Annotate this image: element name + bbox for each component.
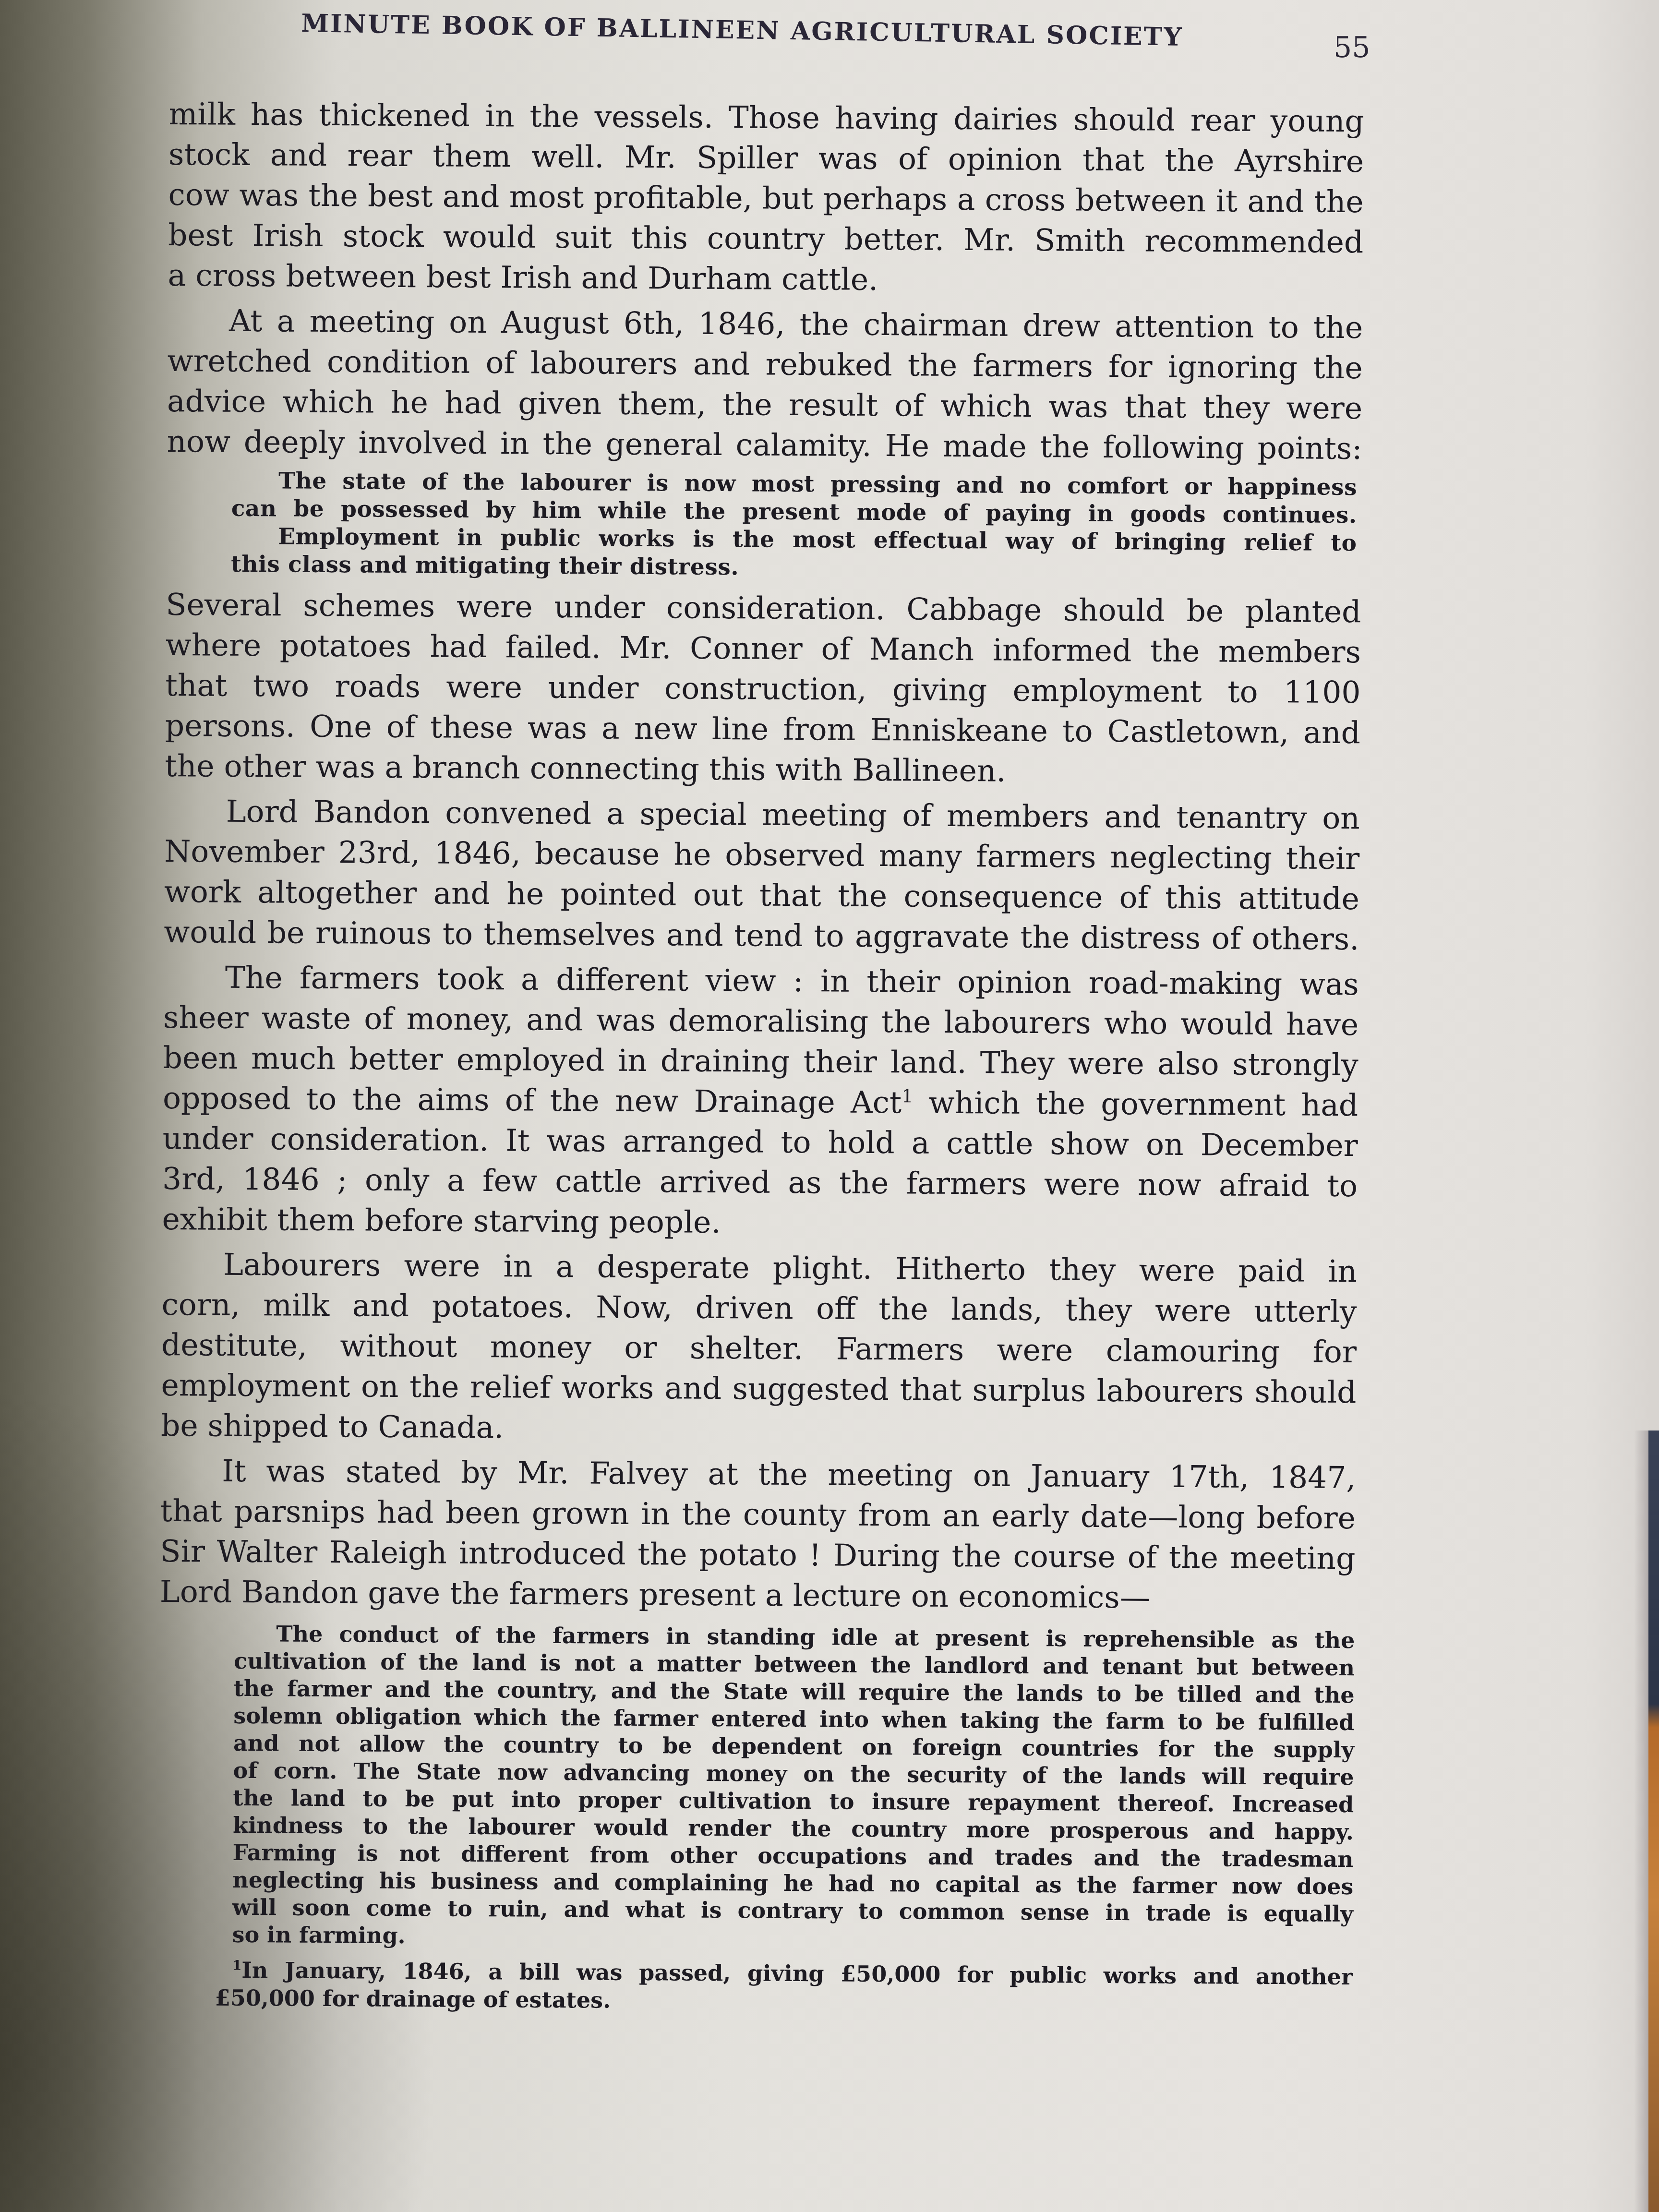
text-line: would be ruinous to themselves and tend … bbox=[164, 912, 1359, 960]
text-line: Sir Walter Raleigh introduced the potato… bbox=[160, 1531, 1355, 1579]
text-line: Lord Bandon convened a special meeting o… bbox=[165, 791, 1360, 839]
paragraph-schemes: Several schemes were under consideration… bbox=[165, 585, 1361, 793]
text-line: It was stated by Mr. Falvey at the meeti… bbox=[160, 1451, 1356, 1498]
text-line: wretched condition of labourers and rebu… bbox=[167, 341, 1362, 388]
footnote-reference[interactable]: 1 bbox=[902, 1085, 913, 1106]
paragraph-farmers-view: The farmers took a different view : in t… bbox=[162, 957, 1359, 1247]
text-line: 3rd, 1846 ; only a few cattle arrived as… bbox=[162, 1159, 1358, 1206]
page-body: milk has thickened in the vessels. Those… bbox=[157, 94, 1364, 2019]
text-line: be shipped to Canada. bbox=[161, 1406, 1356, 1453]
text-line: exhibit them before starving people. bbox=[162, 1199, 1357, 1247]
paragraph-labourers-plight: Labourers were in a desperate plight. Hi… bbox=[161, 1244, 1358, 1453]
text-line: persons. One of these was a new line fro… bbox=[165, 706, 1360, 753]
text-line: a cross between best Irish and Durham ca… bbox=[168, 255, 1363, 303]
running-title: MINUTE BOOK OF BALLINEEN AGRICULTURAL SO… bbox=[301, 9, 1262, 53]
text-line: milk has thickened in the vessels. Those… bbox=[168, 94, 1364, 142]
text-line: that parsnips had been grown in the coun… bbox=[160, 1491, 1356, 1539]
text-line: cow was the best and most profitable, bu… bbox=[168, 175, 1363, 222]
text-line: been much better employed in draining th… bbox=[163, 1038, 1358, 1085]
book-page-photo: MINUTE BOOK OF BALLINEEN AGRICULTURAL SO… bbox=[0, 0, 1659, 2212]
paragraph-august-meeting: At a meeting on August 6th, 1846, the ch… bbox=[167, 301, 1363, 469]
text-fragment: opposed to the aims of the new Drainage … bbox=[163, 1081, 902, 1120]
text-line: work altogether and he pointed out that … bbox=[164, 872, 1359, 919]
footnote: 1In January, 1846, a bill was passed, gi… bbox=[215, 1956, 1353, 2019]
paragraph-dairy-cattle: milk has thickened in the vessels. Those… bbox=[168, 94, 1364, 303]
text-line: At a meeting on August 6th, 1846, the ch… bbox=[168, 301, 1363, 348]
paragraph-special-meeting: Lord Bandon convened a special meeting o… bbox=[164, 791, 1360, 960]
text-line: best Irish stock would suit this country… bbox=[168, 215, 1363, 263]
text-line: under consideration. It was arranged to … bbox=[162, 1118, 1358, 1166]
text-line: where potatoes had failed. Mr. Conner of… bbox=[166, 625, 1361, 673]
text-line: Lord Bandon gave the farmers present a l… bbox=[160, 1572, 1355, 1619]
text-line: corn, milk and potatoes. Now, driven off… bbox=[161, 1285, 1357, 1332]
text-line: the other was a branch connecting this w… bbox=[165, 746, 1360, 793]
text-line-with-footnote-ref: opposed to the aims of the new Drainage … bbox=[163, 1078, 1358, 1126]
paragraph-falvey-parsnips: It was stated by Mr. Falvey at the meeti… bbox=[160, 1451, 1356, 1619]
text-line: advice which he had given them, the resu… bbox=[167, 381, 1362, 429]
text-line: destitute, without money or shelter. Far… bbox=[161, 1325, 1357, 1372]
text-line: Labourers were in a desperate plight. Hi… bbox=[162, 1244, 1357, 1292]
text-line: sheer waste of money, and was demoralisi… bbox=[163, 998, 1358, 1045]
text-line: stock and rear them well. Mr. Spiller wa… bbox=[168, 134, 1364, 182]
text-line: The farmers took a different view : in t… bbox=[164, 957, 1359, 1005]
book-page: MINUTE BOOK OF BALLINEEN AGRICULTURAL SO… bbox=[0, 0, 1659, 2212]
footnote-marker: 1 bbox=[232, 1958, 241, 1973]
text-line: employment on the relief works and sugge… bbox=[161, 1365, 1356, 1413]
text-line: now deeply involved in the general calam… bbox=[167, 421, 1362, 469]
text-line: November 23rd, 1846, because he observed… bbox=[164, 831, 1359, 879]
text-line: Several schemes were under consideration… bbox=[166, 585, 1361, 632]
block-quote-economics-lecture: The conduct of the farmers in standing i… bbox=[232, 1620, 1355, 1955]
page-number: 55 bbox=[1334, 31, 1370, 64]
text-fragment: which the government had bbox=[913, 1085, 1358, 1123]
text-line: that two roads were under construction, … bbox=[165, 665, 1360, 713]
block-quote-labourer-points: The state of the labourer is now most pr… bbox=[231, 467, 1357, 585]
